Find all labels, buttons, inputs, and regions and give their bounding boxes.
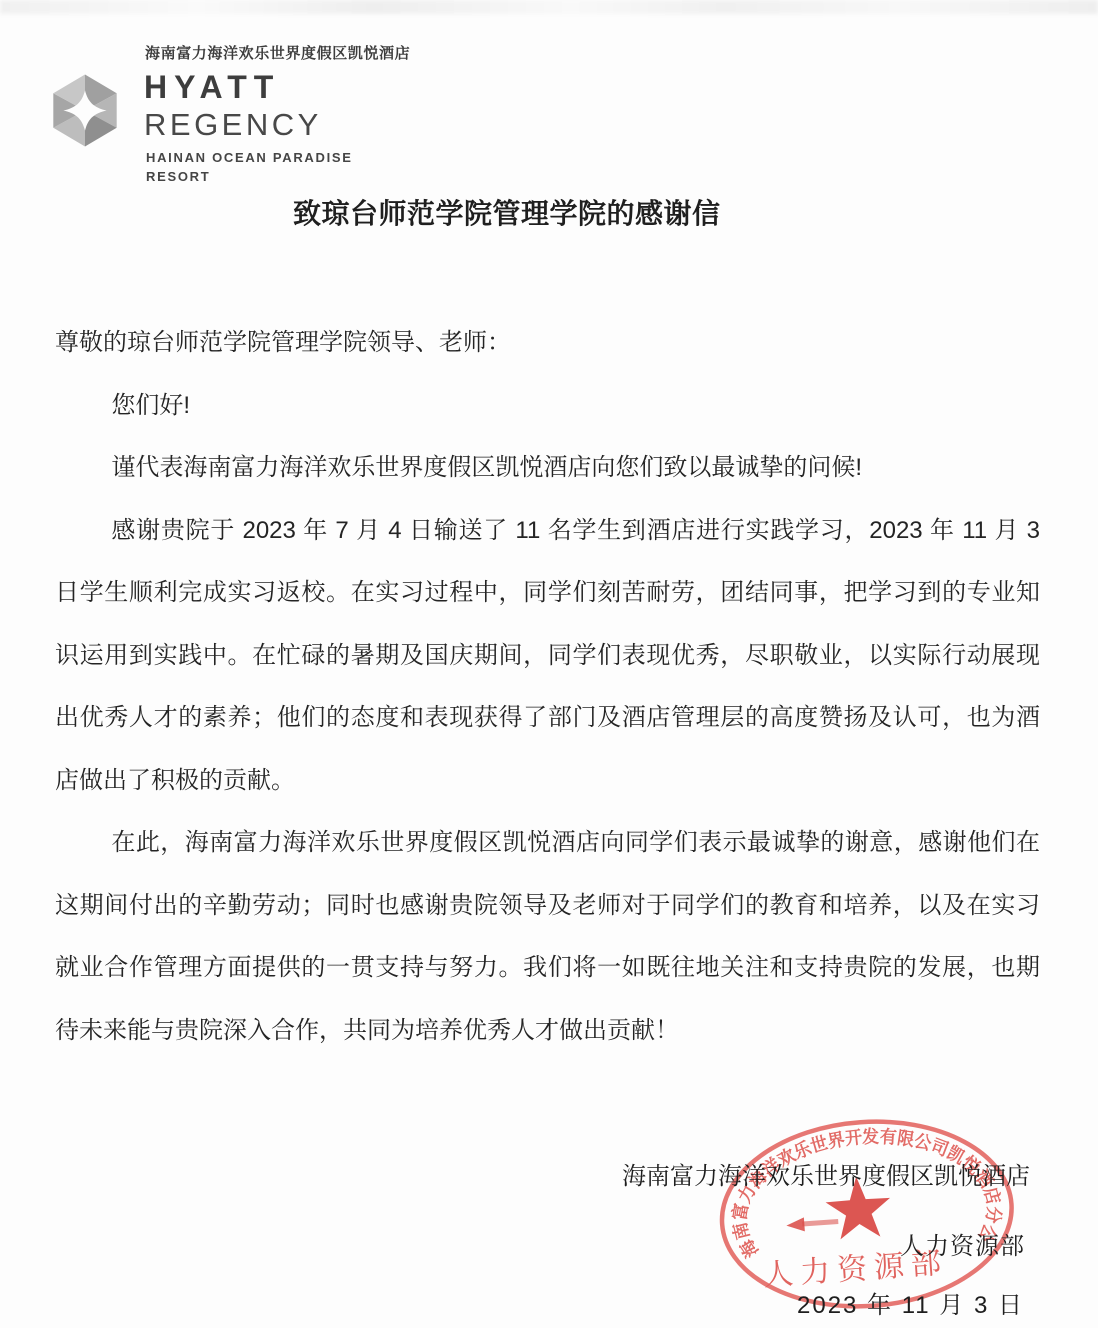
brand-subtitle-line2: RESORT (146, 169, 210, 184)
signature-company: 海南富力海洋欢乐世界度假区凯悦酒店 (622, 1156, 1030, 1191)
seal-ink-smudge (786, 1217, 805, 1232)
body-line: 识运用到实践中。在忙碌的暑期及国庆期间，同学们表现优秀，尽职敬业，以实际行动展现 (55, 625, 1040, 688)
seal-ink-smudge (802, 1219, 838, 1226)
signature-date: 2023 年 11 月 3 日 (797, 1285, 1024, 1320)
hyatt-hexagon-logo-icon (49, 72, 121, 149)
letter-body: 尊敬的琼台师范学院管理学院领导、老师： 您们好! 谨代表海南富力海洋欢乐世界度假… (55, 312, 1040, 1062)
scan-artifact (0, 0, 1098, 14)
body-line: 就业合作管理方面提供的一贯支持与努力。我们将一如既往地关注和支持贵院的发展，也期 (55, 937, 1040, 1000)
letterhead-hotel-name-cn: 海南富力海洋欢乐世界度假区凯悦酒店 (145, 42, 410, 63)
body-line: 店做出了积极的贡献。 (55, 750, 1040, 813)
body-line: 谨代表海南富力海洋欢乐世界度假区凯悦酒店向您们致以最诚挚的问候! (55, 437, 1040, 500)
body-line: 待未来能与贵院深入合作，共同为培养优秀人才做出贡献！ (55, 1000, 1040, 1063)
body-line: 在此，海南富力海洋欢乐世界度假区凯悦酒店向同学们表示最诚挚的谢意，感谢他们在 (55, 812, 1040, 875)
brand-subtitle-line1: HAINAN OCEAN PARADISE (146, 150, 353, 165)
signature-department: 人力资源部 (900, 1226, 1025, 1261)
body-line: 感谢贵院于 2023 年 7 月 4 日输送了 11 名学生到酒店进行实践学习，… (55, 500, 1040, 563)
body-line: 出优秀人才的素养；他们的态度和表现获得了部门及酒店管理层的高度赞扬及认可，也为酒 (55, 687, 1040, 750)
brand-name-hyatt: HYATT (144, 69, 280, 106)
salutation-line: 尊敬的琼台师范学院管理学院领导、老师： (55, 312, 1040, 375)
brand-name-regency: REGENCY (144, 107, 322, 143)
letter-title: 致琼台师范学院管理学院的感谢信 (293, 192, 721, 232)
letter-page: 海南富力海洋欢乐世界度假区凯悦酒店 HYATT REGENCY HAINAN O… (0, 0, 1098, 1328)
body-line: 日学生顺利完成实习返校。在实习过程中，同学们刻苦耐劳，团结同事，把学习到的专业知 (55, 562, 1040, 625)
greeting-line: 您们好! (55, 375, 1040, 438)
body-line: 这期间付出的辛勤劳动；同时也感谢贵院领导及老师对于同学们的教育和培养，以及在实习 (55, 875, 1040, 938)
